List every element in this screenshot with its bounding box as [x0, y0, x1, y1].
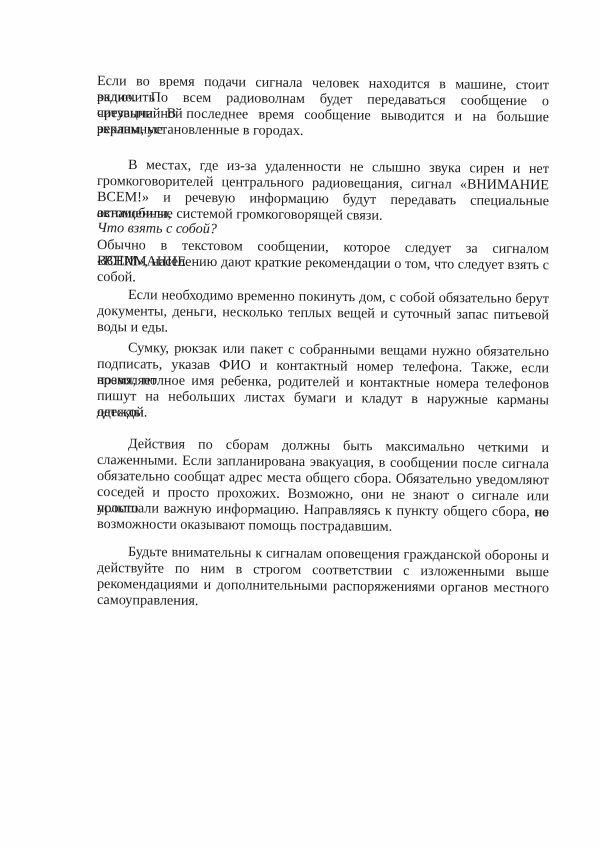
text-line: одежды.: [97, 404, 549, 424]
document-page: Если во время подачи сигнала человек нах…: [0, 0, 600, 848]
text-line: собой.: [97, 269, 549, 289]
text-line: воды и еды.: [97, 319, 549, 339]
text-line: возможности оказывают помощь пострадавши…: [97, 516, 549, 536]
text-line: экраны, установленные в городах.: [97, 121, 549, 141]
text-line: самоуправления.: [97, 592, 549, 612]
